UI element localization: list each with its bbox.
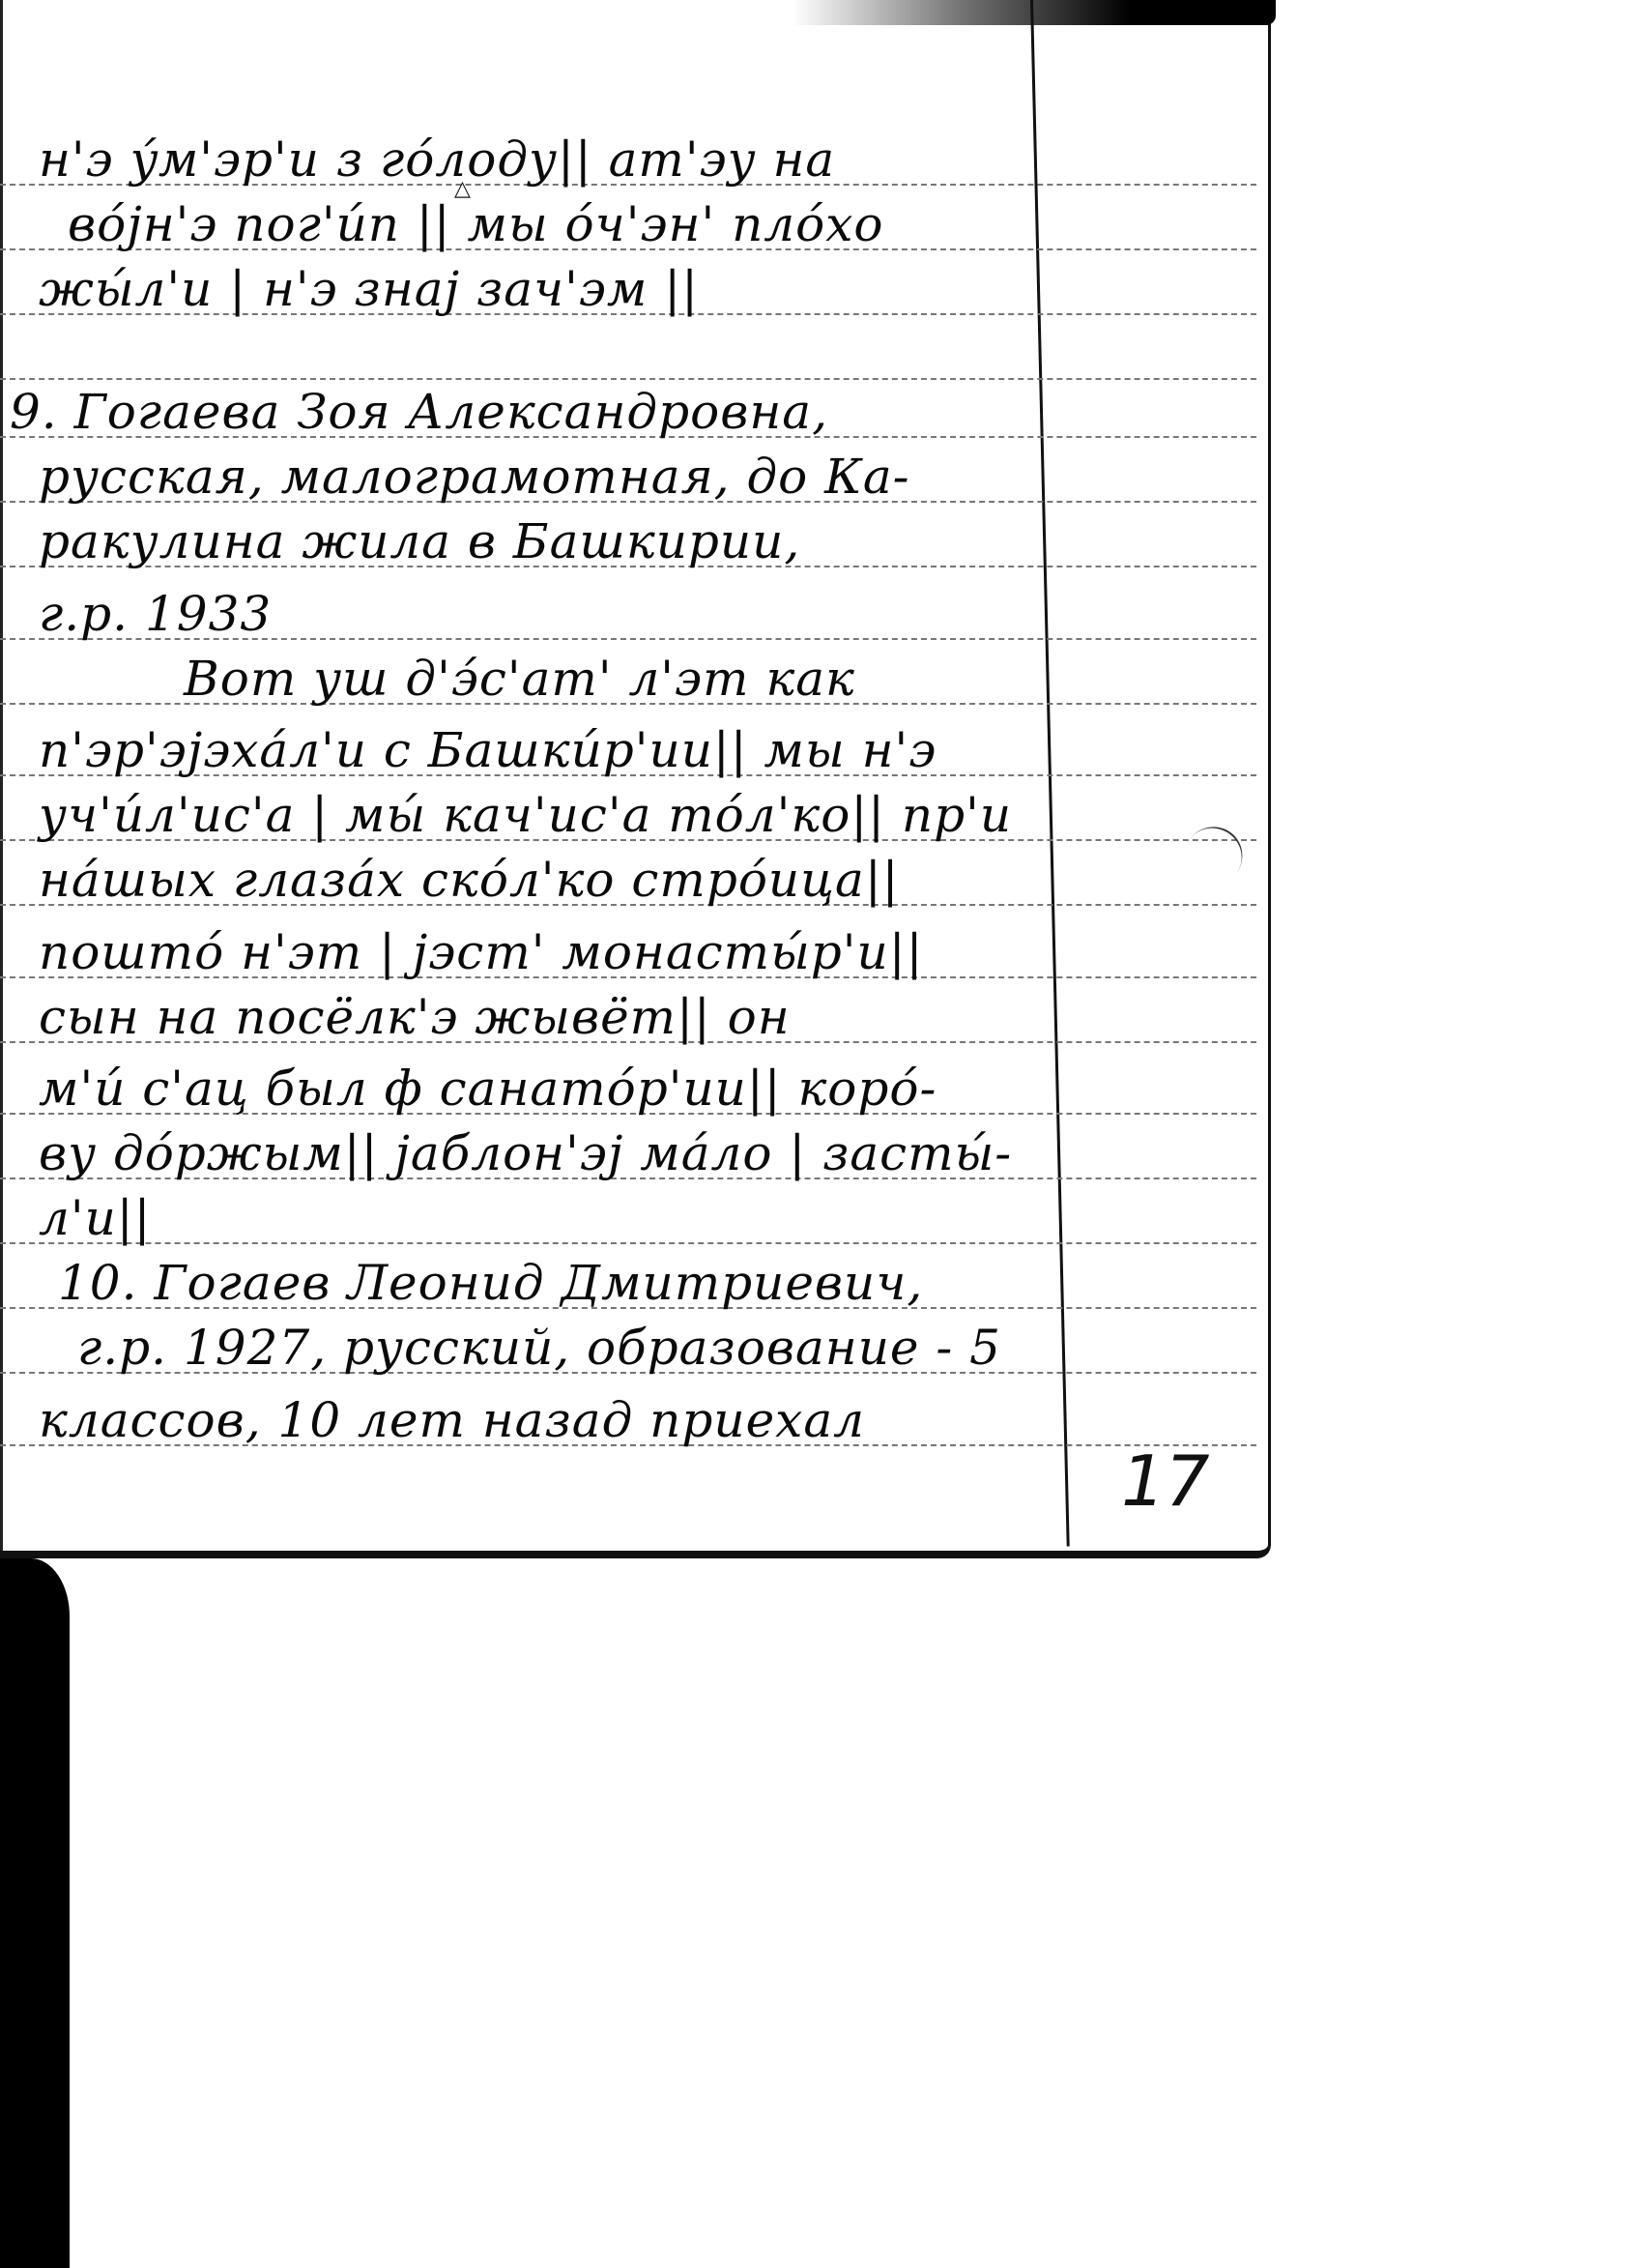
handwritten-line: г.р. 1927, русский, образование - 5 [77,1323,1001,1372]
ruled-line [0,378,1256,380]
handwritten-line: л'и|| [39,1194,151,1242]
handwritten-line: вóјн'э пог'úп || мы óч'эн' плóхо [68,200,884,248]
handwritten-line: г.р. 1933 [39,590,272,638]
scan-spine-shadow [0,1558,70,2268]
handwritten-line: ракулина жила в Башкирии, [39,517,800,566]
margin-line [1030,0,1070,1547]
handwritten-line: уч'úл'ис'а | мы́ кач'ис'а тóл'ко|| пр'и [39,791,1012,839]
handwritten-line: Вот уш д'э́с'ат' л'эт как [184,654,855,703]
handwritten-line: м'ú с'ац был ф санатóр'ии|| корó- [39,1064,937,1113]
notebook-page: н'э ýм'эр'и з гóлоду|| am'эу на △ вóјн'э… [0,0,1271,1558]
handwritten-line: п'эр'эјэха́л'и с Башкúр'ии|| мы н'э [39,726,937,774]
page-number: 17 [1121,1440,1210,1522]
handwritten-line: жы́л'и | н'э знај зач'эм || [39,265,699,313]
ruled-line [0,1242,1256,1244]
handwritten-line: классов, 10 лет назад приехал [39,1396,865,1444]
handwritten-line: русская, малограмотная, до Ка- [39,452,910,501]
handwritten-line: сын на посёлк'э жывёт|| он [39,993,791,1041]
handwritten-line: на́шых глаза́х скóл'ко стрóица|| [39,856,900,904]
entry-10-heading: 10. Гогаев Леонид Дмитриевич, [58,1259,923,1307]
handwritten-line: поштó н'эт | јэст' монасты́р'и|| [39,928,923,976]
stray-pen-mark [1172,815,1254,897]
entry-9-heading: 9. Гогаева Зоя Александровна, [10,388,828,436]
handwritten-line: н'э ýм'эр'и з гóлоду|| am'эу на [39,135,835,184]
scan-shadow-top [793,0,1276,25]
handwritten-line: ву дóржым|| јаблон'эј ма́ло | засты́- [39,1129,1012,1178]
